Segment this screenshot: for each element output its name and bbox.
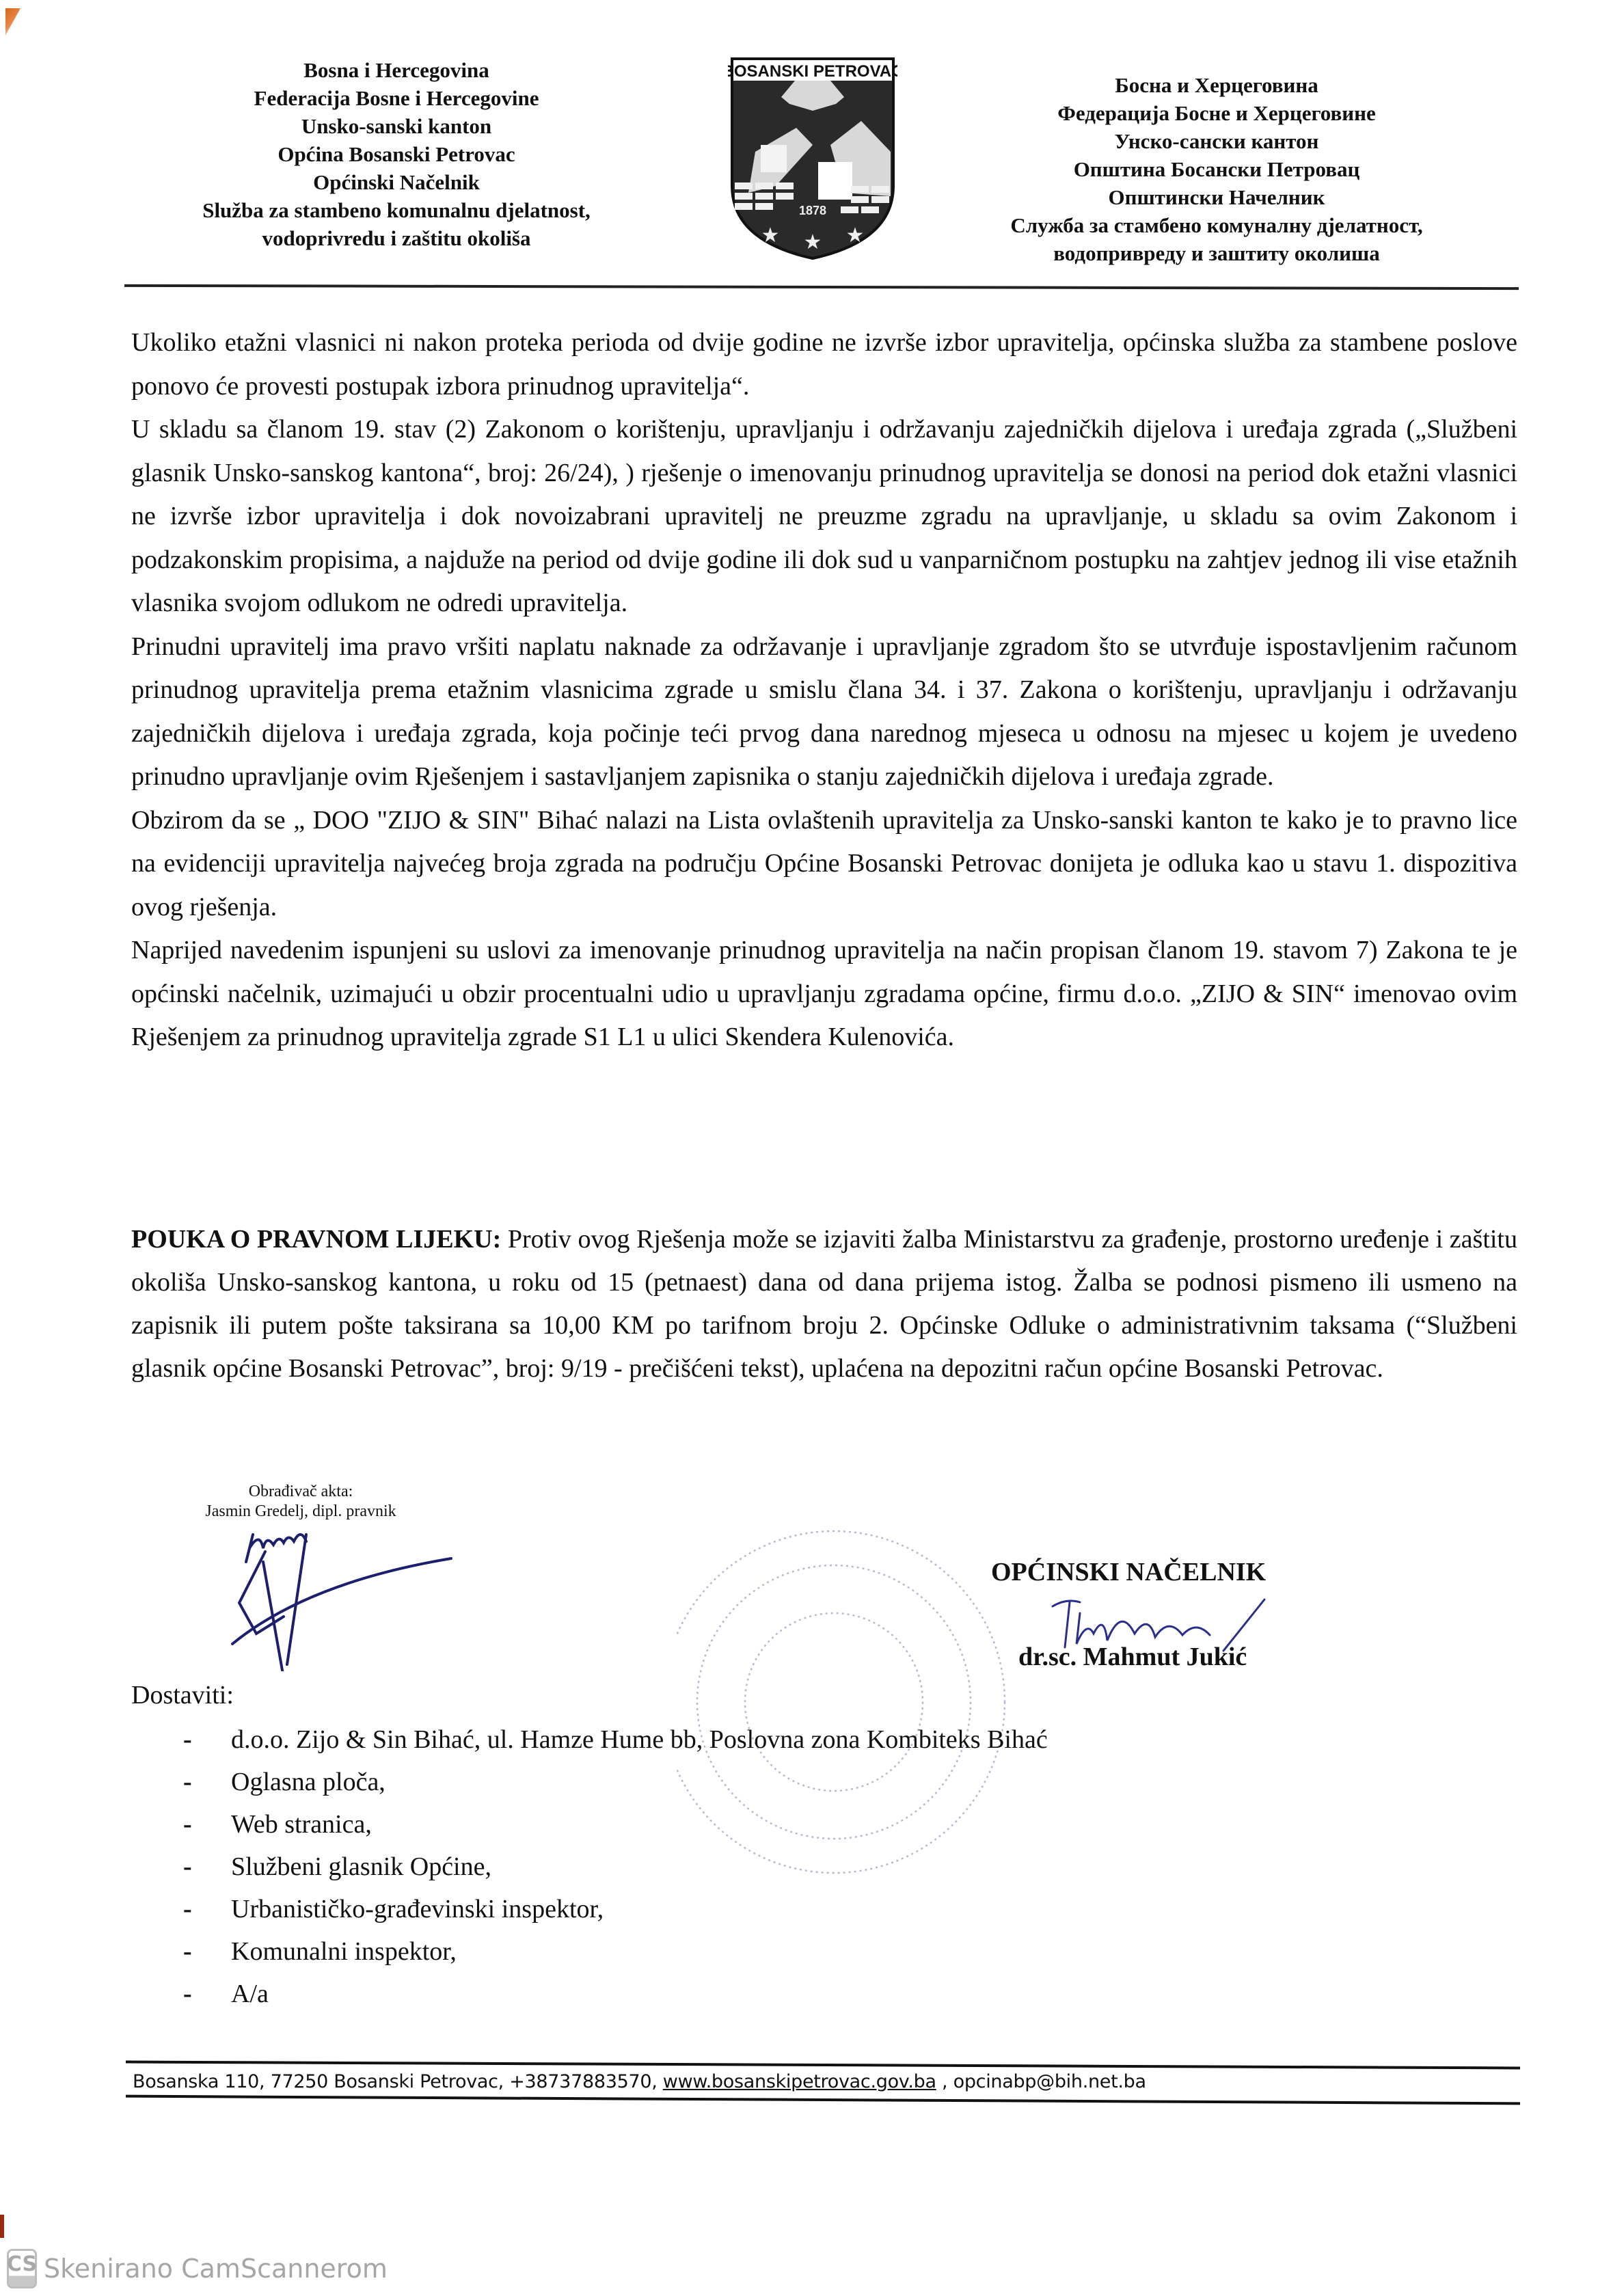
header-line: Općina Bosanski Petrovac — [123, 140, 670, 168]
footer-separator: , — [936, 2071, 953, 2092]
mayor-name: dr.sc. Mahmut Jukić — [1018, 1642, 1247, 1672]
footer-address: Bosanska 110, 77250 Bosanski Petrovac, +… — [133, 2071, 663, 2092]
svg-text:★: ★ — [761, 224, 780, 247]
header-line: Unsko-sanski kanton — [123, 112, 670, 140]
distribution-item: Oglasna ploča, — [183, 1761, 1048, 1803]
processor-label: Obrađivač akta: — [157, 1482, 444, 1502]
distribution-item: d.o.o. Zijo & Sin Bihać, ul. Hamze Hume … — [183, 1718, 1048, 1761]
coat-of-arms-icon: BOSANSKI PETROVAC 1878 ★★★ — [728, 56, 897, 261]
footer-email-link[interactable]: opcinabp@bih.net.ba — [953, 2071, 1146, 2092]
crest-year: 1878 — [799, 204, 826, 217]
distribution-item: A/a — [183, 1973, 1048, 2015]
distribution-list: d.o.o. Zijo & Sin Bihać, ul. Hamze Hume … — [183, 1718, 1048, 2015]
scanner-watermark-text: Skenirano CamScannerom — [44, 2254, 388, 2284]
svg-text:★: ★ — [804, 230, 822, 254]
header-divider — [124, 284, 1519, 290]
legal-remedy-heading: POUKA O PRAVNOM LIJEKU: — [131, 1225, 501, 1254]
footer-divider-bottom — [126, 2095, 1520, 2105]
camscanner-logo-icon: CS — [7, 2249, 37, 2288]
header-line: Општински Начелник — [930, 183, 1504, 211]
mayor-title: OPĆINSKI NAČELNIK — [991, 1557, 1266, 1587]
crest-title: BOSANSKI PETROVAC — [728, 62, 897, 81]
header-line: Служба за стамбено комуналну дјелатност, — [930, 211, 1504, 239]
header-line: Općinski Načelnik — [123, 168, 670, 196]
header-line: водопривреду и заштиту околиша — [930, 239, 1504, 267]
header-latin: Bosna i Hercegovina Federacija Bosne i H… — [123, 56, 670, 252]
svg-text:★: ★ — [846, 224, 865, 247]
document-body: Ukoliko etažni vlasnici ni nakon proteka… — [131, 321, 1517, 1059]
scan-edge-mark — [0, 2215, 4, 2238]
body-paragraph: Naprijed navedenim ispunjeni su uslovi z… — [131, 929, 1517, 1059]
distribution-item: Komunalni inspektor, — [183, 1930, 1048, 1973]
distribution-item: Web stranica, — [183, 1803, 1048, 1846]
body-paragraph: Obzirom da se „ DOO "ZIJO & SIN" Bihać n… — [131, 799, 1517, 930]
header-line: Bosna i Hercegovina — [123, 56, 670, 84]
header-line: Služba za stambeno komunalnu djelatnost, — [123, 196, 670, 224]
processor-block: Obrađivač akta: Jasmin Gredelj, dipl. pr… — [157, 1482, 444, 1522]
header-line: Општина Босански Петровац — [930, 155, 1504, 183]
processor-name: Jasmin Gredelj, dipl. pravnik — [157, 1502, 444, 1522]
header-line: Федерација Босне и Херцеговине — [930, 99, 1504, 127]
header-cyrillic: Босна и Херцеговина Федерација Босне и Х… — [930, 71, 1504, 267]
distribution-item: Urbanističko-građevinski inspektor, — [183, 1888, 1048, 1930]
footer-website-link[interactable]: www.bosanskipetrovac.gov.ba — [663, 2071, 936, 2092]
scan-corner-mark — [5, 8, 21, 36]
body-paragraph: U skladu sa članom 19. stav (2) Zakonom … — [131, 408, 1517, 625]
header-line: Босна и Херцеговина — [930, 71, 1504, 99]
legal-remedy: POUKA O PRAVNOM LIJEKU: Protiv ovog Rješ… — [131, 1218, 1517, 1390]
processor-signature-icon — [226, 1521, 458, 1671]
body-paragraph: Prinudni upravitelj ima pravo vršiti nap… — [131, 625, 1517, 799]
distribution-item: Službeni glasnik Općine, — [183, 1846, 1048, 1888]
distribution-heading: Dostaviti: — [131, 1680, 234, 1710]
body-paragraph: Ukoliko etažni vlasnici ni nakon proteka… — [131, 321, 1517, 408]
header-line: vodoprivredu i zaštitu okoliša — [123, 224, 670, 252]
header-line: Federacija Bosne i Hercegovine — [123, 84, 670, 112]
header-line: Унско-сански кантон — [930, 127, 1504, 155]
footer-contact: Bosanska 110, 77250 Bosanski Petrovac, +… — [133, 2071, 1146, 2092]
footer-divider-top — [126, 2061, 1520, 2070]
scanner-watermark: CS Skenirano CamScannerom — [7, 2249, 388, 2288]
